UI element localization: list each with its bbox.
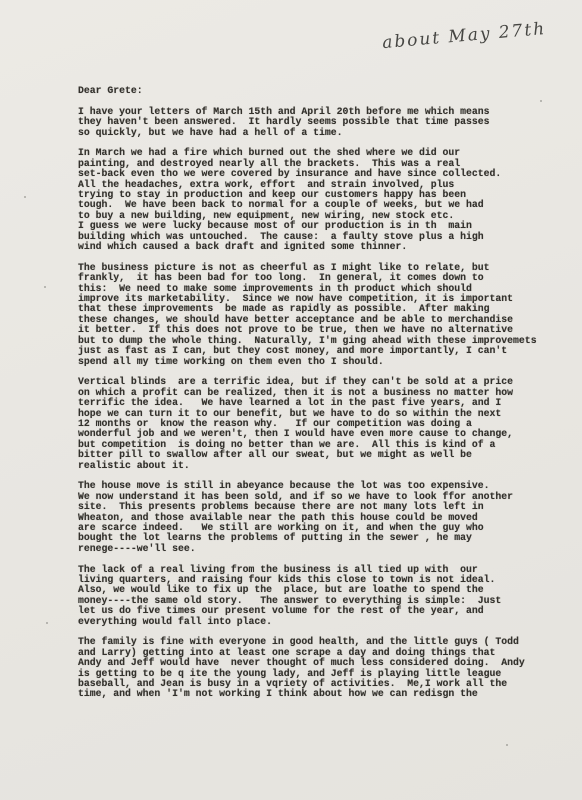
letter-body: Dear Grete: I have your letters of March… [78,86,538,710]
paragraph-living: The lack of a real living from the busin… [78,565,538,627]
paragraph-business-picture: The business picture is not as cheerful … [78,263,538,367]
salutation: Dear Grete: [78,86,538,96]
scan-speck [46,622,48,624]
paragraph-fire: In March we had a fire which burned out … [78,148,538,252]
paragraph-house-move: The house move is still in abeyance beca… [78,481,538,554]
paragraph-family: The family is fine with everyone in good… [78,637,538,699]
scan-speck [540,100,542,102]
paragraph-opening: I have your letters of March 15th and Ap… [78,107,538,138]
scan-speck [44,286,46,288]
scan-speck [506,744,508,746]
scan-speck [24,196,26,198]
scanned-letter-page: about May 27th Dear Grete: I have your l… [0,0,582,800]
paragraph-vertical-blinds: Vertical blinds are a terrific idea, but… [78,377,538,471]
handwritten-date-note: about May 27th [381,19,547,53]
